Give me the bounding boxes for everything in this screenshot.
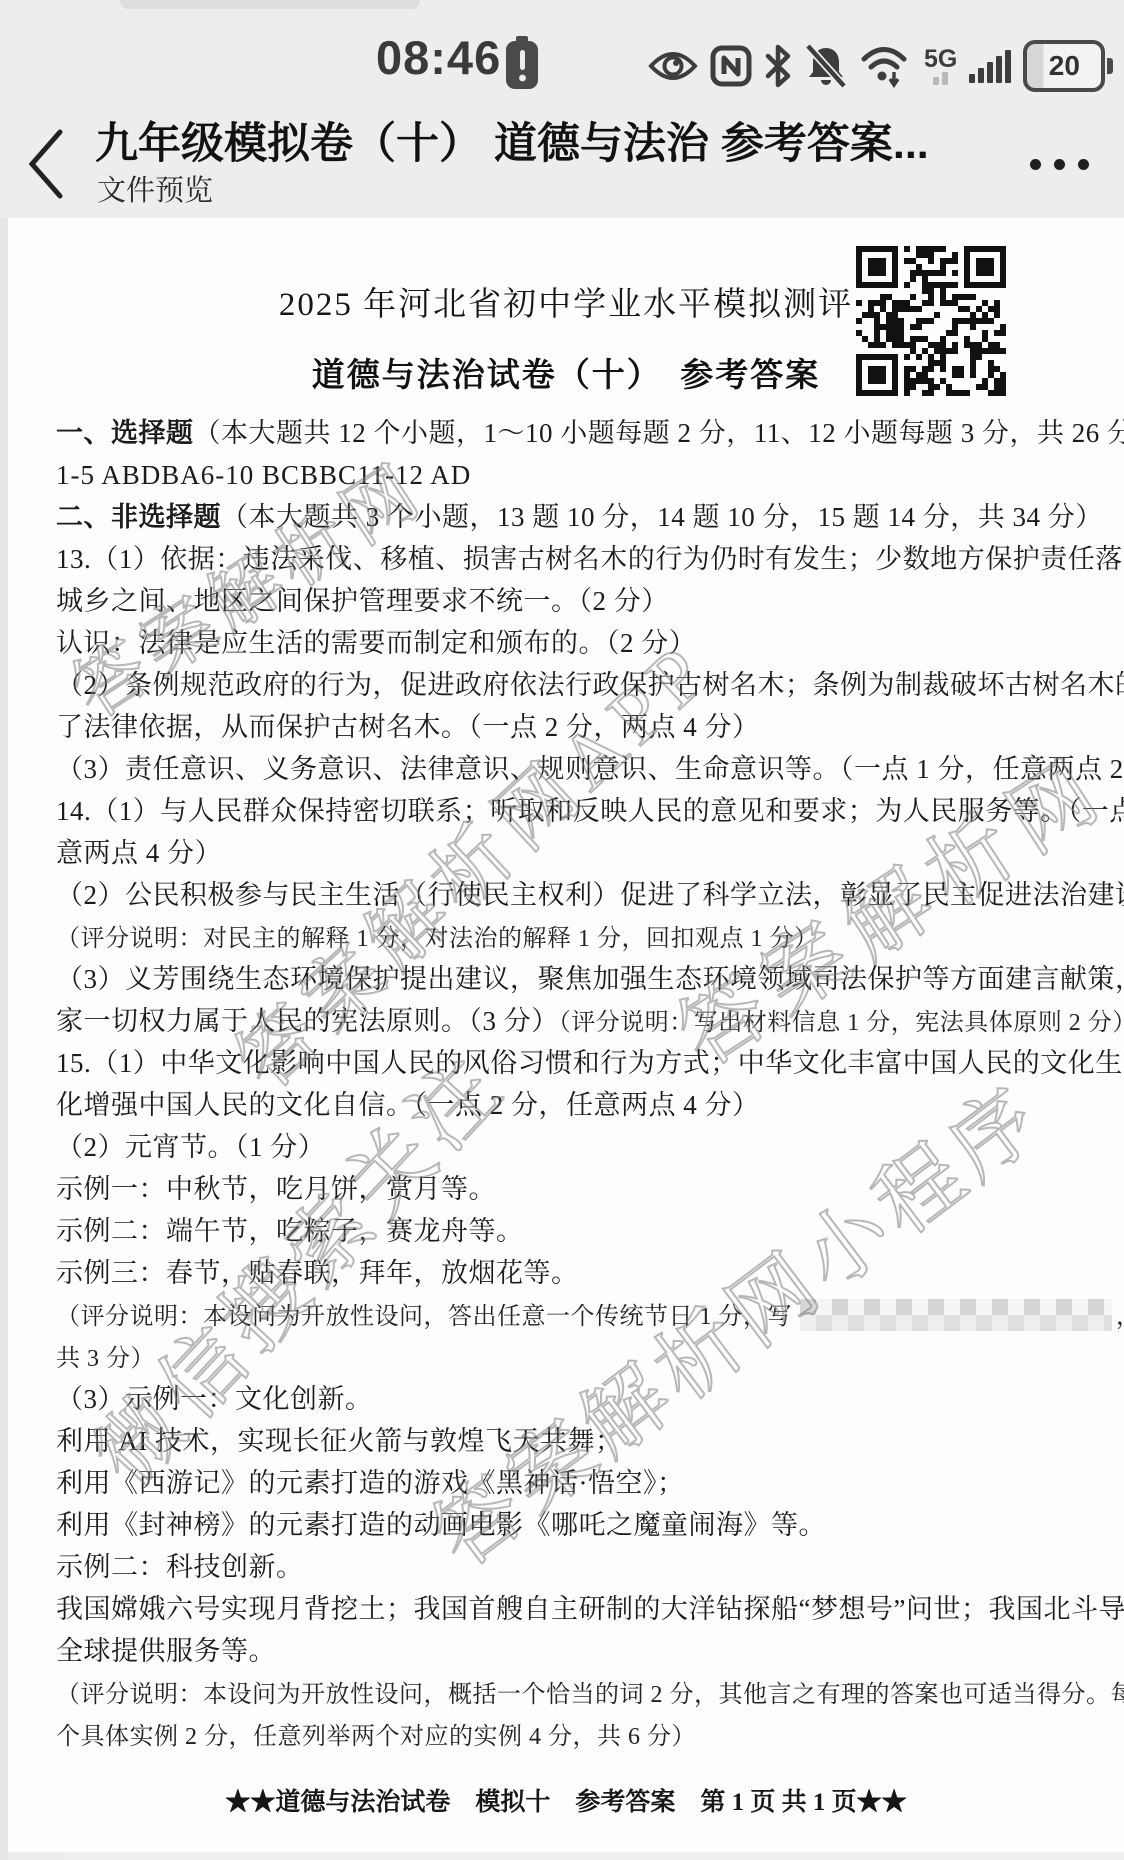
- more-menu-button[interactable]: [1014, 144, 1104, 184]
- doc-line: （3）示例一：文化创新。: [56, 1378, 1118, 1420]
- page-footer: ★★道德与法治试卷 模拟十 参考答案 第 1 页 共 1 页★★: [8, 1782, 1124, 1818]
- text-segment: ，: [1116, 1304, 1124, 1330]
- qr-code: [856, 246, 1008, 398]
- text-segment: （2）元宵节。（1 分）: [56, 1132, 325, 1162]
- text-segment: 示例一：中秋节，吃月饼，赏月等。: [56, 1174, 496, 1204]
- text-segment: （评分说明：本设问为开放性设问，概括一个恰当的词 2 分，其他言之有理的答案也可…: [56, 1682, 1124, 1708]
- doc-line: 化增强中国人民的文化自信。（一点 2 分，任意两点 4 分）: [56, 1084, 1118, 1126]
- text-segment: 1-5 ABDBA: [56, 454, 201, 496]
- text-segment: （3）义芳围绕生态环境保护提出建议，聚焦加强生态环境领域司法保护等方面建言献策，…: [56, 964, 1124, 994]
- text-segment: 家一切权力属于人民的宪法原则。（3 分）: [56, 1006, 559, 1036]
- doc-line: 意两点 4 分）: [56, 832, 1118, 874]
- doc-line: 15.（1）中华文化影响中国人民的风俗习惯和行为方式；中华文化丰富中国人民的文化…: [56, 1042, 1118, 1084]
- nfc-icon: [710, 45, 752, 87]
- doc-body: 一、选择题（本大题共 12 个小题，1～10 小题每题 2 分，11、12 小题…: [56, 412, 1118, 1756]
- text-segment: 认识：法律是应生活的需要而制定和颁布的。（2 分）: [56, 628, 696, 658]
- text-segment: 示例二：科技创新。: [56, 1552, 304, 1582]
- doc-line: 认识：法律是应生活的需要而制定和颁布的。（2 分）: [56, 622, 1118, 664]
- battery-20-icon: 20: [1023, 40, 1113, 92]
- doc-line: 二、非选择题（本大题共 3 个小题，13 题 10 分，14 题 10 分，15…: [56, 496, 1118, 538]
- doc-line: 我国嫦娥六号实现月背挖土；我国首艘自主研制的大洋钻探船“梦想号”问世；我国北斗导…: [56, 1588, 1118, 1630]
- doc-line: 利用 AI 技术，实现长征火箭与敦煌飞天共舞；: [56, 1420, 1118, 1462]
- text-segment: 示例二：端午节，吃粽子，赛龙舟等。: [56, 1216, 524, 1246]
- wifi-icon: [860, 44, 912, 88]
- doc-line: （评分说明：对民主的解释 1 分，对法治的解释 1 分，回扣观点 1 分）: [56, 916, 1118, 958]
- text-segment: 13.（1）依据：违法采伐、移植、损害古树名木的行为仍时有发生；少数地方保护责任…: [56, 544, 1124, 574]
- signal-bars-icon: [969, 50, 1011, 83]
- doc-line: （2）条例规范政府的行为，促进政府依法行政保护古树名木；条例为制裁破坏古树名木的…: [56, 664, 1118, 706]
- text-segment: 6-10 BCBBC: [201, 454, 357, 496]
- battery-alert-icon: [504, 36, 540, 90]
- text-segment: （2）条例规范政府的行为，促进政府依法行政保护古树名木；条例为制裁破坏古树名木的…: [56, 670, 1124, 700]
- text-segment: 共 3 分）: [56, 1346, 155, 1372]
- back-button[interactable]: [22, 126, 68, 202]
- doc-line: 13.（1）依据：违法采伐、移植、损害古树名木的行为仍时有发生；少数地方保护责任…: [56, 538, 1118, 580]
- text-segment: 示例三：春节，贴春联，拜年，放烟花等。: [56, 1258, 579, 1288]
- doc-line: 示例二：端午节，吃粽子，赛龙舟等。: [56, 1210, 1118, 1252]
- text-segment: （本大题共 3 个小题，13 题 10 分，14 题 10 分，15 题 14 …: [221, 502, 1103, 532]
- text-segment: 利用 AI 技术，实现长征火箭与敦煌飞天共舞；: [56, 1426, 623, 1456]
- text-segment: 我国嫦娥六号实现月背挖土；我国首艘自主研制的大洋钻探船“梦想号”问世；我国北斗导…: [56, 1594, 1124, 1624]
- text-segment: 利用《西游记》的元素打造的游戏《黑神话·悟空》；: [56, 1468, 685, 1498]
- doc-line: 1-5 ABDBA6-10 BCBBC11-12 AD: [56, 454, 1118, 496]
- text-segment: 全球提供服务等。: [56, 1636, 276, 1666]
- doc-line: 利用《封神榜》的元素打造的动画电影《哪吒之魔童闹海》等。: [56, 1504, 1118, 1546]
- doc-line: 示例一：中秋节，吃月饼，赏月等。: [56, 1168, 1118, 1210]
- doc-line: （3）责任意识、义务意识、法律意识、规则意识、生命意识等。（一点 1 分，任意两…: [56, 748, 1118, 790]
- document-page: 2025 年河北省初中学业水平模拟测评 道德与法治试卷（十） 参考答案 一、选择…: [8, 218, 1124, 1852]
- doc-line: 个具体实例 2 分，任意列举两个对应的实例 4 分，共 6 分）: [56, 1714, 1118, 1756]
- doc-line: 了法律依据，从而保护古树名木。（一点 2 分，两点 4 分）: [56, 706, 1118, 748]
- doc-line: 城乡之间、地区之间保护管理要求不统一。（2 分）: [56, 580, 1118, 622]
- text-segment: （3）责任意识、义务意识、法律意识、规则意识、生命意识等。（一点 1 分，任意两…: [56, 754, 1124, 784]
- bluetooth-icon: [764, 44, 792, 88]
- text-segment: 个具体实例 2 分，任意列举两个对应的实例 4 分，共 6 分）: [56, 1724, 696, 1750]
- doc-line: （3）义芳围绕生态环境保护提出建议，聚焦加强生态环境领域司法保护等方面建言献策，…: [56, 958, 1118, 1000]
- text-segment: 15.（1）中华文化影响中国人民的风俗习惯和行为方式；中华文化丰富中国人民的文化…: [56, 1048, 1124, 1078]
- notch: [120, 0, 420, 9]
- page-left-margin: [0, 218, 8, 1860]
- page-bottom-edge: [64, 1852, 1124, 1860]
- text-segment: 意两点 4 分）: [56, 838, 222, 868]
- doc-line: 家一切权力属于人民的宪法原则。（3 分）（评分说明：写出材料信息 1 分，宪法具…: [56, 1000, 1118, 1042]
- app-header: 九年级模拟卷（十） 道德与法治 参考答案... 文件预览: [0, 100, 1124, 218]
- status-icons: 5G 20: [648, 40, 1124, 92]
- text-segment: 11-12 AD: [357, 454, 471, 496]
- doc-line: （评分说明：本设问为开放性设问，答出任意一个传统节日 1 分，写，: [56, 1294, 1118, 1336]
- text-segment: （评分说明：本设问为开放性设问，答出任意一个传统节日 1 分，写: [56, 1304, 792, 1330]
- doc-line: （评分说明：本设问为开放性设问，概括一个恰当的词 2 分，其他言之有理的答案也可…: [56, 1672, 1118, 1714]
- eye-icon: [648, 48, 698, 84]
- censored-blur: [800, 1299, 1112, 1331]
- battery-percent: 20: [1049, 50, 1080, 82]
- file-title: 九年级模拟卷（十） 道德与法治 参考答案...: [95, 110, 1045, 171]
- text-segment: （评分说明：对民主的解释 1 分，对法治的解释 1 分，回扣观点 1 分）: [56, 926, 819, 952]
- doc-line: 14.（1）与人民群众保持密切联系；听取和反映人民的意见和要求；为人民服务等。（…: [56, 790, 1118, 832]
- doc-line: （2）元宵节。（1 分）: [56, 1126, 1118, 1168]
- text-segment: 一、选择题: [56, 418, 194, 448]
- doc-line: 全球提供服务等。: [56, 1630, 1118, 1672]
- file-preview-label: 文件预览: [97, 168, 213, 209]
- text-segment: （本大题共 12 个小题，1～10 小题每题 2 分，11、12 小题每题 3 …: [194, 418, 1124, 448]
- doc-line: 利用《西游记》的元素打造的游戏《黑神话·悟空》；: [56, 1462, 1118, 1504]
- text-segment: 二、非选择题: [56, 502, 221, 532]
- status-bar: 08:46: [0, 0, 1124, 100]
- mute-bell-icon: [804, 44, 848, 88]
- text-segment: 城乡之间、地区之间保护管理要求不统一。（2 分）: [56, 586, 669, 616]
- clock: 08:46: [376, 30, 501, 85]
- text-segment: （评分说明：写出材料信息 1 分，宪法具体原则 2 分）: [559, 1010, 1124, 1036]
- text-segment: （3）示例一：文化创新。: [56, 1384, 373, 1414]
- doc-line: 示例三：春节，贴春联，拜年，放烟花等。: [56, 1252, 1118, 1294]
- 5g-indicator: 5G: [924, 47, 957, 85]
- text-segment: 化增强中国人民的文化自信。（一点 2 分，任意两点 4 分）: [56, 1090, 760, 1120]
- doc-line: （2）公民积极参与民主生活（行使民主权利）促进了科学立法，彰显了民主促进法治建设…: [56, 874, 1118, 916]
- doc-line: 一、选择题（本大题共 12 个小题，1～10 小题每题 2 分，11、12 小题…: [56, 412, 1118, 454]
- text-segment: 14.（1）与人民群众保持密切联系；听取和反映人民的意见和要求；为人民服务等。（…: [56, 796, 1124, 826]
- doc-line: 示例二：科技创新。: [56, 1546, 1118, 1588]
- doc-line: 共 3 分）: [56, 1336, 1118, 1378]
- secondary-signal-bars-icon: [933, 72, 948, 85]
- text-segment: 利用《封神榜》的元素打造的动画电影《哪吒之魔童闹海》等。: [56, 1510, 826, 1540]
- text-segment: 了法律依据，从而保护古树名木。（一点 2 分，两点 4 分）: [56, 712, 760, 742]
- text-segment: （2）公民积极参与民主生活（行使民主权利）促进了科学立法，彰显了民主促进法治建设…: [56, 880, 1124, 910]
- 5g-label: 5G: [924, 47, 957, 72]
